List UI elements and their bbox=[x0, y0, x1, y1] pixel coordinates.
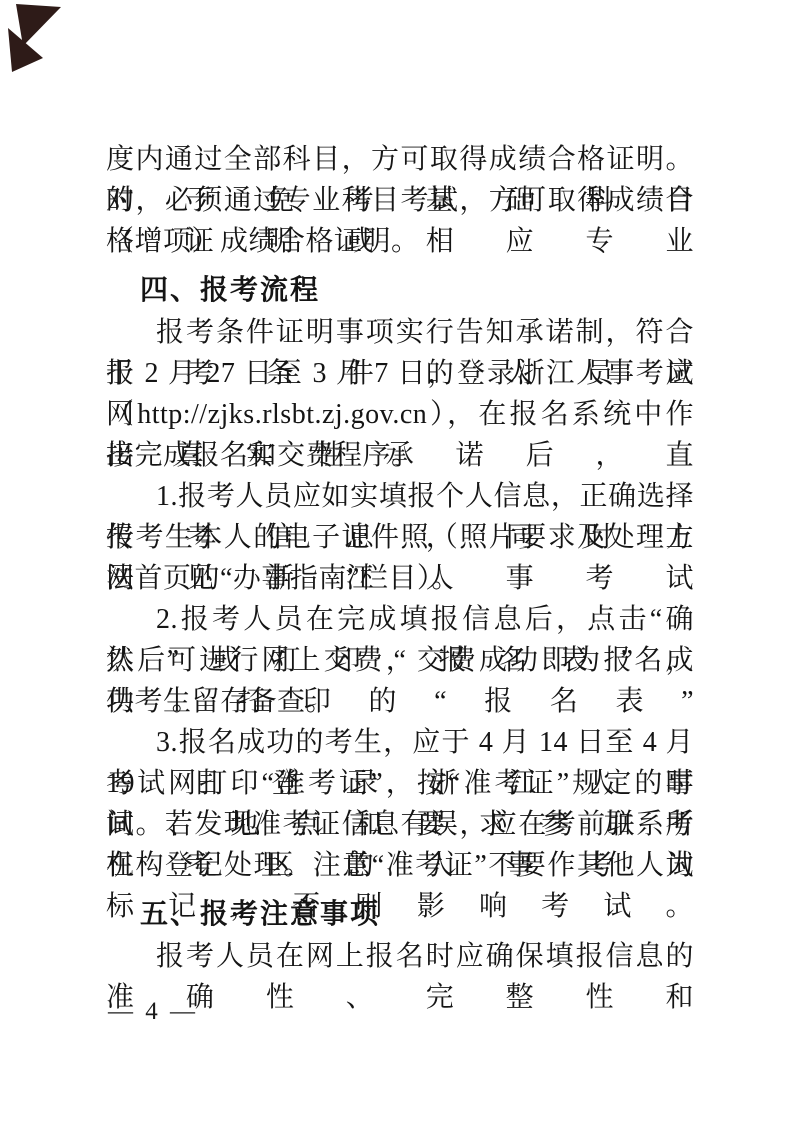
page-number: — 4 — bbox=[108, 998, 198, 1026]
text-line: 报考人员在网上报名时应确保填报信息的准确性、完整性和 bbox=[106, 936, 694, 977]
text-line-item-2: 2.报考人员在完成填报信息后，点击“确认”或打印“报名表”， bbox=[106, 599, 694, 640]
text-line-item-3: 3.报名成功的考生，应于 4 月 14 日至 4 月 19 日登录浙江人事 bbox=[106, 722, 694, 763]
text-line-dates: 于 2 月 27 日至 3 月 7 日，登录浙江人事考试网 bbox=[106, 353, 694, 394]
text-line: 试。若发现准考证信息有误，应在考前联系所在考区的人事考试 bbox=[106, 804, 694, 845]
section-heading-registration-process: 四、报考流程 bbox=[140, 269, 694, 310]
text-line: 机构登记处理。注意“准考证”不要作其他人为标记，否则影响考试。 bbox=[106, 845, 694, 886]
document-text-block: 度内通过全部科目，方可取得成绩合格证明。对于免考基础科目 的，必须通过专业科目考… bbox=[106, 139, 694, 977]
text-line: 考试网打印“准考证”，按“准考证”规定的时间、地点和要求参加考 bbox=[106, 763, 694, 804]
text-line: 传考生本人的电子证件照（照片要求及处理方法见浙江人事考试 bbox=[106, 517, 694, 558]
text-line: 度内通过全部科目，方可取得成绩合格证明。对于免考基础科目 bbox=[106, 139, 694, 180]
text-line: 然后可进行网上交费，交费成功即为报名成功。打印的“报名表” bbox=[106, 640, 694, 681]
text-line-item-1: 1.报考人员应如实填报个人信息，正确选择报考信息，同时上 bbox=[106, 476, 694, 517]
text-line: 的，必须通过专业科目考试，方可取得成绩合格证明或相应专业 bbox=[106, 180, 694, 221]
text-line-url: （http://zjks.rlsbt.zj.gov.cn），在报名系统中作出真实… bbox=[106, 394, 694, 435]
document-page: 度内通过全部科目，方可取得成绩合格证明。对于免考基础科目 的，必须通过专业科目考… bbox=[0, 0, 800, 1131]
text-line: 报考条件证明事项实行告知承诺制，符合报考条件的人员应 bbox=[106, 312, 694, 353]
corner-fold-mark bbox=[4, 0, 74, 76]
